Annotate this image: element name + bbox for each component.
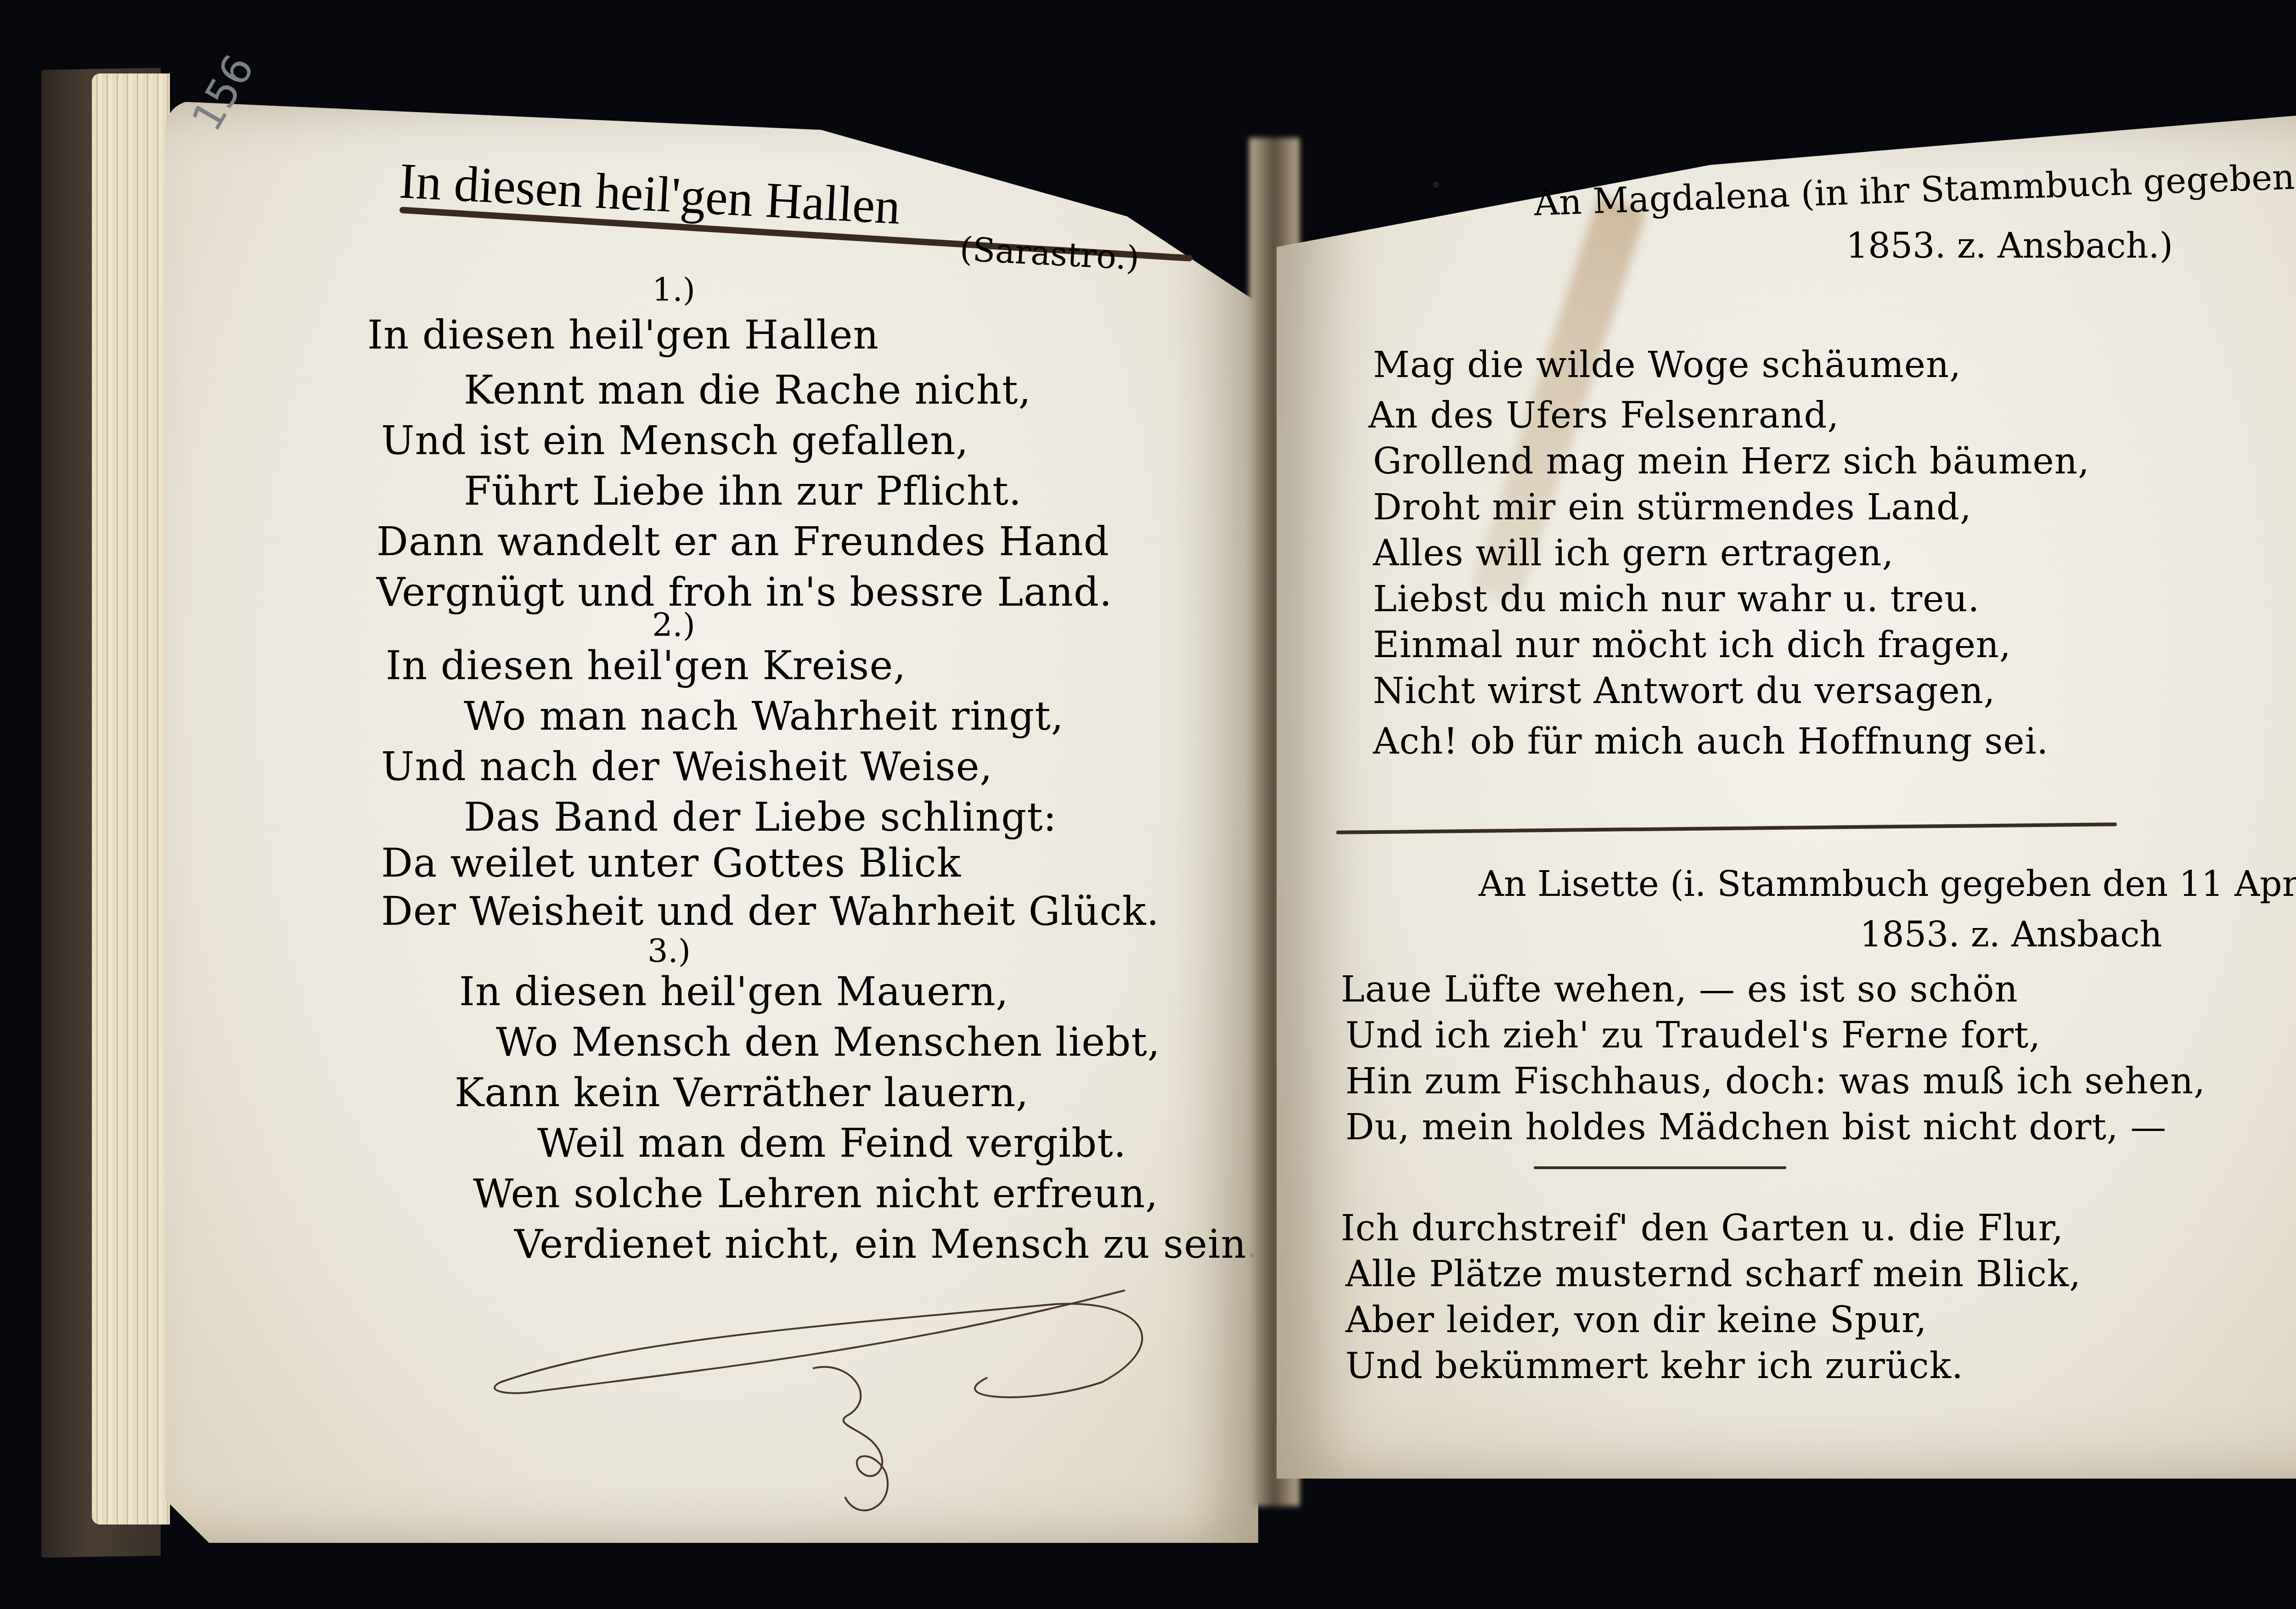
verse-line: Ich durchstreif' den Garten u. die Flur,	[1341, 1208, 2064, 1249]
pen-flourish	[482, 1277, 1226, 1534]
verse-line: Du, mein holdes Mädchen bist nicht dort,…	[1345, 1107, 2167, 1148]
stanza-number: 2.)	[652, 606, 695, 644]
poem-heading-date: 1853. z. Ansbach	[1860, 914, 2162, 955]
verse-line: Alles will ich gern ertragen,	[1373, 533, 1894, 574]
verse-line: Grollend mag mein Herz sich bäumen,	[1373, 441, 2090, 482]
verse-line: Dann wandelt er an Freundes Hand	[377, 519, 1109, 565]
verse-line: Liebst du mich nur wahr u. treu.	[1373, 579, 1980, 620]
verse-line: Wo Mensch den Menschen liebt,	[496, 1019, 1160, 1065]
verse-line: Verdienet nicht, ein Mensch zu sein.	[514, 1221, 1260, 1267]
verse-line: Und bekümmert kehr ich zurück.	[1345, 1345, 1964, 1387]
open-book: 156 In diesen heil'gen Hallen (Sarastro.…	[0, 0, 2296, 1609]
verse-line: Und ist ein Mensch gefallen,	[381, 418, 969, 464]
verse-line: Droht mir ein stürmendes Land,	[1373, 487, 1972, 528]
verse-line: Wo man nach Wahrheit ringt,	[464, 693, 1064, 739]
verse-line: Vergnügt und froh in's bessre Land.	[377, 569, 1112, 615]
verse-line: Einmal nur möcht ich dich fragen,	[1373, 624, 2011, 666]
verse-line: Das Band der Liebe schlingt:	[464, 794, 1057, 840]
stanza-divider	[1534, 1166, 1786, 1169]
verse-line: In diesen heil'gen Hallen	[367, 312, 879, 358]
poem-heading-date: 1853. z. Ansbach.)	[1846, 225, 2173, 266]
verse-line: An des Ufers Felsenrand,	[1368, 395, 1839, 436]
verse-line: Kann kein Verräther lauern,	[455, 1070, 1029, 1116]
verse-line: Weil man dem Feind vergibt.	[537, 1120, 1126, 1166]
verse-line: Und ich zieh' zu Traudel's Ferne fort,	[1345, 1015, 2041, 1056]
verse-line: Führt Liebe ihn zur Pflicht.	[464, 468, 1022, 514]
verse-line: Mag die wilde Woge schäumen,	[1373, 344, 1961, 386]
verse-line: Alle Plätze musternd scharf mein Blick,	[1345, 1254, 2081, 1295]
poem-heading: An Lisette (i. Stammbuch gegeben den 11 …	[1479, 863, 2296, 904]
verse-line: Der Weisheit und der Wahrheit Glück.	[381, 889, 1159, 934]
verse-line: Und nach der Weisheit Weise,	[381, 744, 993, 790]
stanza-number: 1.)	[652, 271, 695, 309]
verse-line: Ach! ob für mich auch Hoffnung sei.	[1373, 721, 2048, 762]
verse-line: Nicht wirst Antwort du versagen,	[1373, 670, 1996, 712]
verse-line: In diesen heil'gen Mauern,	[459, 969, 1009, 1015]
stanza-number: 3.)	[647, 932, 691, 970]
page-edges-left	[92, 73, 170, 1525]
verse-line: Wen solche Lehren nicht erfreun,	[473, 1171, 1159, 1217]
verse-line: In diesen heil'gen Kreise,	[386, 643, 906, 689]
verse-line: Laue Lüfte wehen, — es ist so schön	[1341, 969, 2018, 1010]
verse-line: Hin zum Fischhaus, doch: was muß ich seh…	[1345, 1061, 2206, 1102]
verse-line: Kennt man die Rache nicht,	[464, 367, 1031, 413]
ink-spot	[1433, 181, 1439, 188]
verse-line: Da weilet unter Gottes Blick	[381, 840, 961, 886]
verse-line: Aber leider, von dir keine Spur,	[1345, 1300, 1927, 1341]
